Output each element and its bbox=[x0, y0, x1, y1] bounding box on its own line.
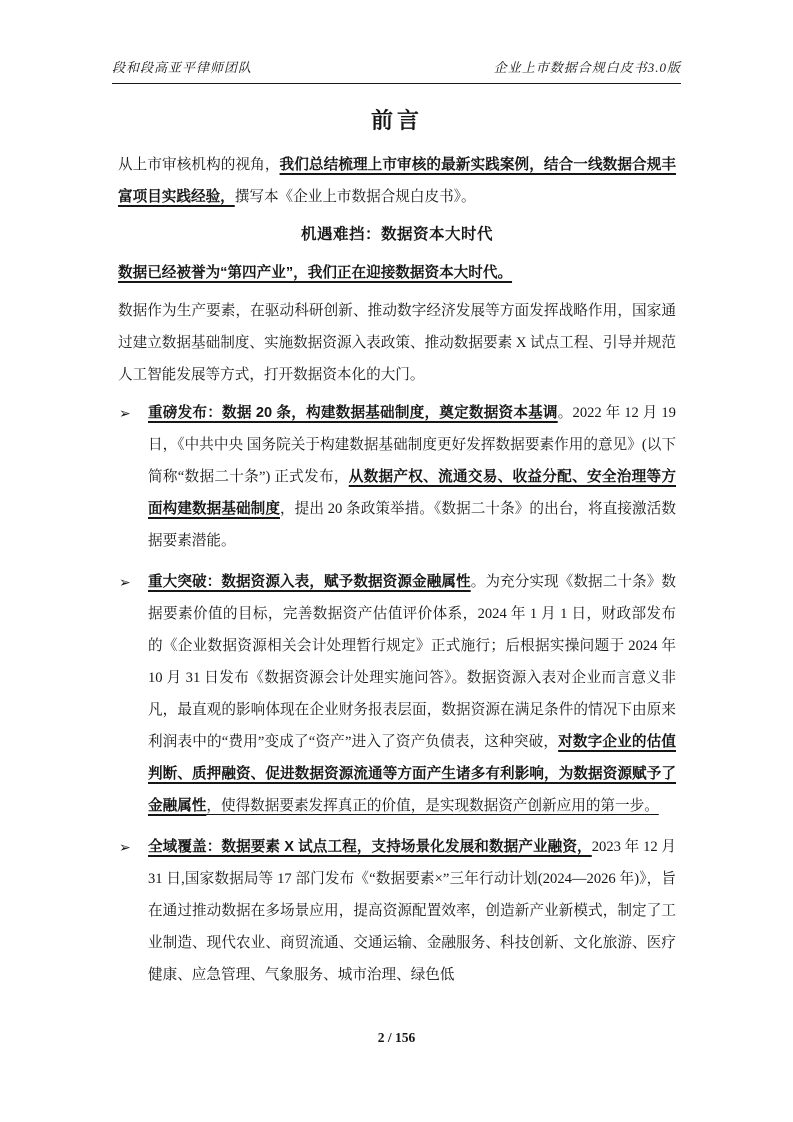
page-header: 段和段高亚平律师团队 企业上市数据合规白皮书3.0版 bbox=[112, 57, 681, 84]
bullet3-body: 2023 年 12 月 31 日,国家数据局等 17 部门发布《“数据要素×”三… bbox=[148, 839, 676, 983]
header-team-name: 段和段高亚平律师团队 bbox=[112, 57, 252, 76]
bullet2-headline: 重大突破：数据资源入表，赋予数据资源金融属性 bbox=[148, 574, 471, 590]
bullet-item-data-resource-accounting: ➢重大突破：数据资源入表，赋予数据资源金融属性。为充分实现《数据二十条》数据要素… bbox=[118, 566, 676, 822]
bullet2-body: 。为充分实现《数据二十条》数据要素价值的目标，完善数据资产估值评价体系，2024… bbox=[148, 574, 676, 750]
intro-paragraph: 从上市审核机构的视角，我们总结梳理上市审核的最新实践案例，结合一线数据合规丰富项… bbox=[118, 149, 676, 213]
page-title: 前言 bbox=[118, 104, 676, 135]
body-paragraph: 数据作为生产要素，在驱动科研创新、推动数字经济发展等方面发挥战略作用，国家通过建… bbox=[118, 295, 676, 391]
lead-sentence-emphasis: 数据已经被誉为“第四产业”，我们正在迎接数据资本大时代。 bbox=[118, 265, 512, 281]
section-heading: 机遇难挡：数据资本大时代 bbox=[118, 219, 676, 251]
bullet1-headline: 重磅发布：数据 20 条，构建数据基础制度，奠定数据资本基调 bbox=[148, 405, 558, 421]
page-number: 2 / 156 bbox=[0, 1030, 793, 1046]
document-body: 前言 从上市审核机构的视角，我们总结梳理上市审核的最新实践案例，结合一线数据合规… bbox=[118, 96, 676, 1000]
bullet-arrow-icon: ➢ bbox=[119, 398, 131, 430]
header-document-name: 企业上市数据合规白皮书3.0版 bbox=[494, 57, 681, 76]
bullet-list: ➢重磅发布：数据 20 条，构建数据基础制度，奠定数据资本基调。2022 年 1… bbox=[118, 397, 676, 991]
intro-run-regular-2: 撰写本《企业上市数据合规白皮书》。 bbox=[235, 189, 476, 205]
bullet2-underline-tail: ，使得数据要素发挥真正的价值，是实现数据资产创新应用的第一步。 bbox=[206, 798, 658, 814]
bullet-arrow-icon: ➢ bbox=[119, 832, 131, 864]
lead-sentence: 数据已经被誉为“第四产业”，我们正在迎接数据资本大时代。 bbox=[118, 257, 676, 289]
bullet-arrow-icon: ➢ bbox=[119, 567, 131, 599]
bullet-item-data-element-x: ➢全域覆盖：数据要素 X 试点工程，支持场景化发展和数据产业融资，2023 年 … bbox=[118, 831, 676, 991]
bullet3-headline: 全域覆盖：数据要素 X 试点工程，支持场景化发展和数据产业融资， bbox=[148, 839, 592, 855]
bullet-item-data-20-rules: ➢重磅发布：数据 20 条，构建数据基础制度，奠定数据资本基调。2022 年 1… bbox=[118, 397, 676, 557]
intro-run-regular: 从上市审核机构的视角， bbox=[118, 157, 280, 173]
